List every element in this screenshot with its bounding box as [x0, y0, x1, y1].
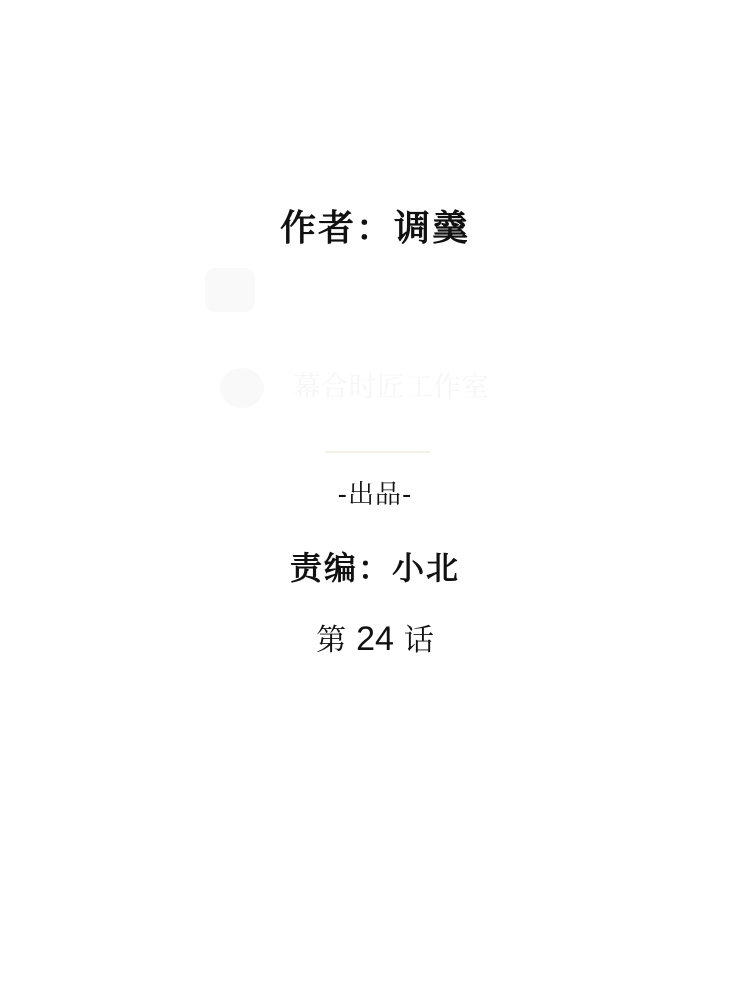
brand-logo-icon [205, 268, 255, 312]
chapter-prefix: 第 [316, 623, 346, 658]
faint-divider-watermark [325, 445, 430, 453]
produced-by-label: -出品- [0, 474, 750, 511]
studio-watermark-text: 幕合时匠工作室 [293, 370, 489, 403]
editor-credit: 责编：小北 [0, 543, 750, 589]
author-credit: 作者：调羹 [0, 200, 750, 251]
chapter-suffix: 话 [404, 623, 434, 658]
corner-watermark [630, 712, 725, 734]
chapter-number-value: 24 [356, 620, 394, 658]
chapter-number: 第24话 [0, 615, 750, 659]
studio-watermark: 幕合时匠工作室 [220, 365, 520, 409]
studio-logo-icon [220, 368, 264, 408]
faint-logo-watermark [205, 268, 525, 318]
